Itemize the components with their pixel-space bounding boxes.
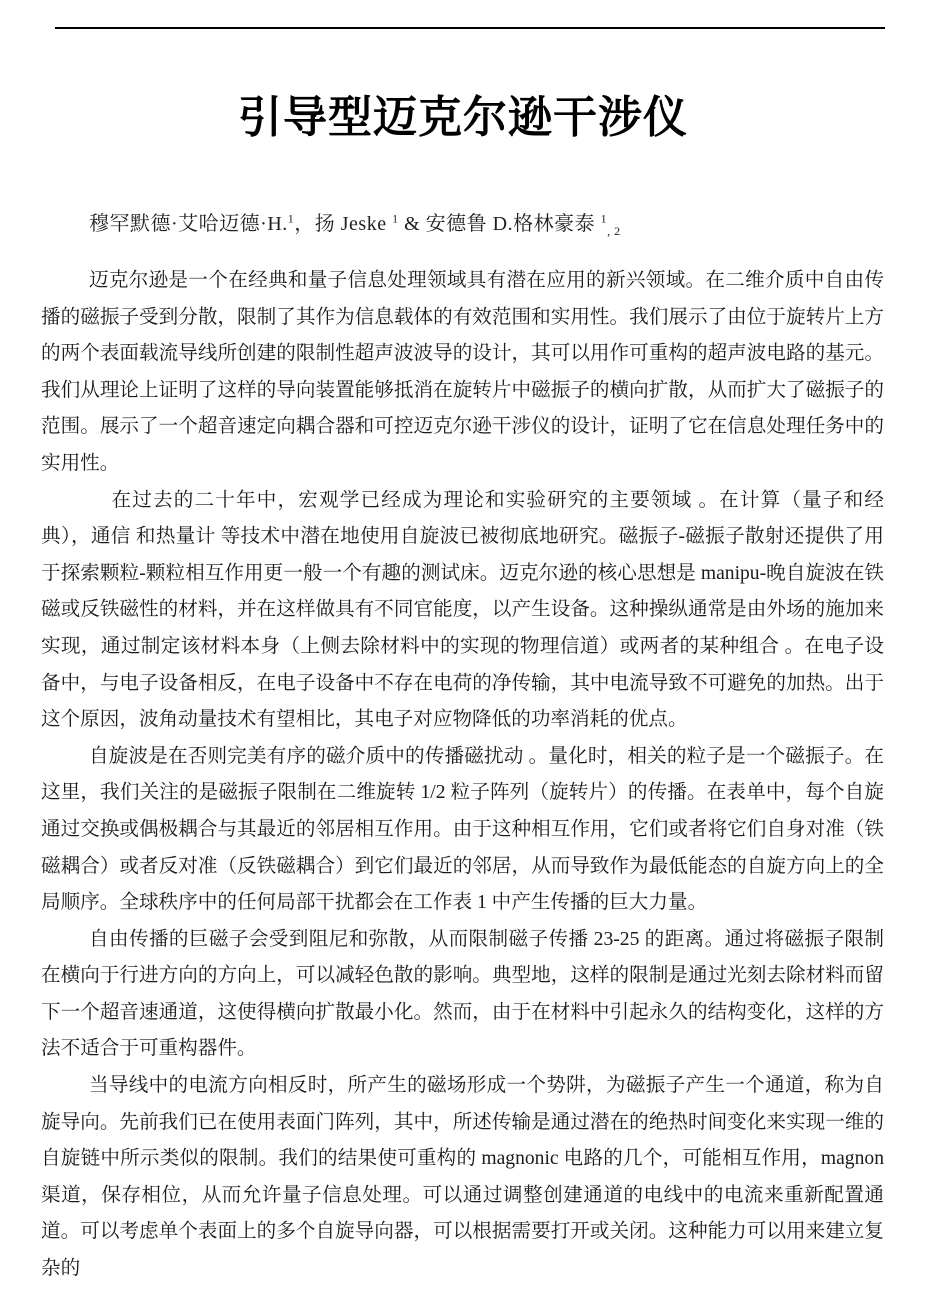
- document-page: 引导型迈克尔逊干涉仪 穆罕默德·艾哈迈德·H.1，扬 Jeske 1 & 安德鲁…: [0, 0, 926, 1309]
- article-body: 迈克尔逊是一个在经典和量子信息处理领域具有潜在应用的新兴领域。在二维介质中自由传…: [41, 263, 884, 1288]
- paragraph-intro: 在过去的二十年中，宏观学已经成为理论和实验研究的主要领域 。在计算（量子和经典）…: [41, 483, 884, 739]
- author-3-name: 安德鲁 D.格林豪泰: [426, 213, 601, 235]
- paragraph-current-guiding: 当导线中的电流方向相反时，所产生的磁场形成一个势阱，为磁振子产生一个通道，称为自…: [41, 1068, 884, 1288]
- header-rule: [55, 27, 885, 29]
- author-separator: ，: [294, 213, 315, 235]
- author-ampersand: &: [399, 213, 426, 235]
- author-line: 穆罕默德·艾哈迈德·H.1，扬 Jeske 1 & 安德鲁 D.格林豪泰 1, …: [41, 208, 926, 240]
- paragraph-abstract: 迈克尔逊是一个在经典和量子信息处理领域具有潜在应用的新兴领域。在二维介质中自由传…: [41, 263, 884, 483]
- author-3-affiliation-mark-2: , 2: [607, 224, 621, 238]
- author-2-name: 扬 Jeske: [315, 213, 392, 235]
- page-title: 引导型迈克尔逊干涉仪: [0, 92, 926, 144]
- author-1-name: 穆罕默德·艾哈迈德·H.: [89, 213, 288, 235]
- paragraph-spin-waves: 自旋波是在否则完美有序的磁介质中的传播磁扰动 。量化时，相关的粒子是一个磁振子。…: [41, 739, 884, 922]
- paragraph-free-propagation: 自由传播的巨磁子会受到阻尼和弥散，从而限制磁子传播 23-25 的距离。通过将磁…: [41, 922, 884, 1068]
